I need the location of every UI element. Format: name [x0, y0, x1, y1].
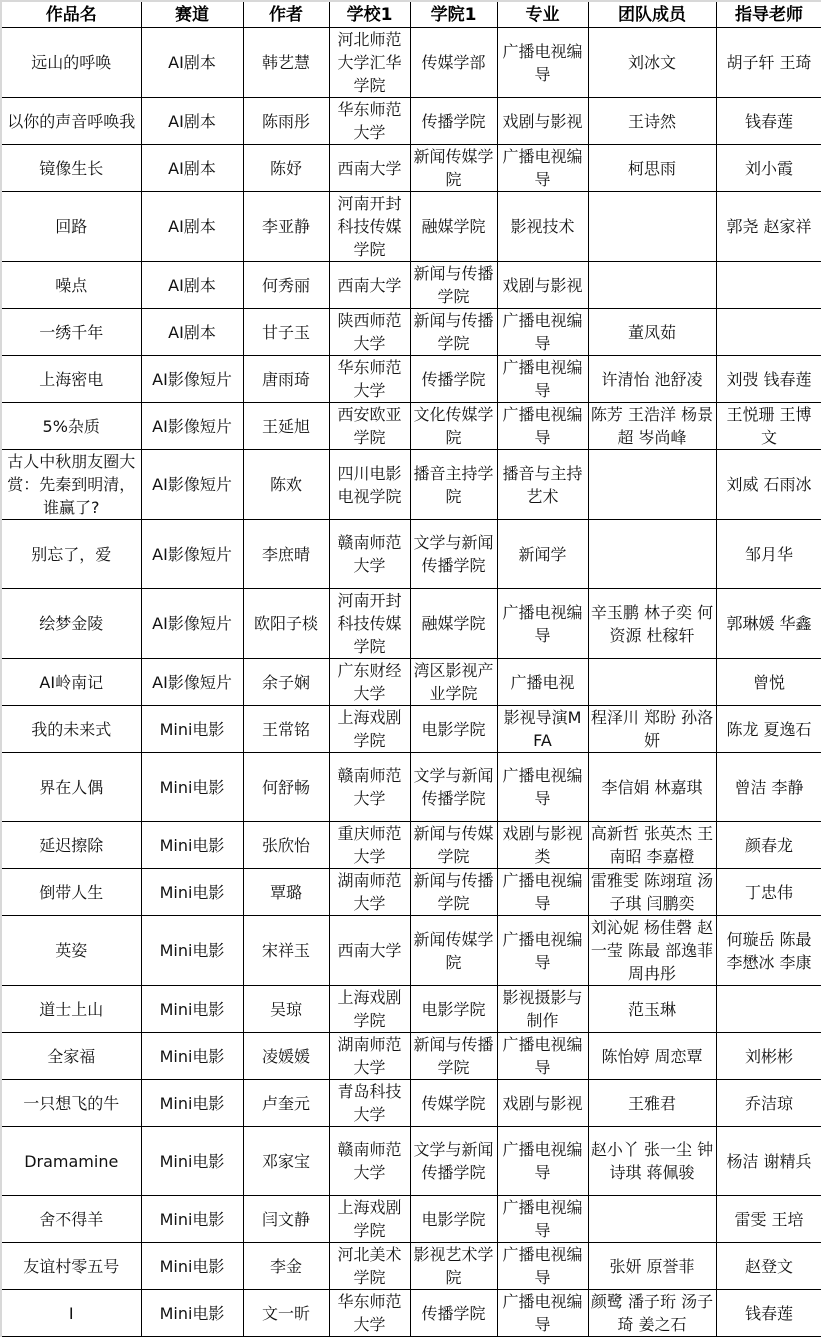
table-row: 一只想飞的牛 Mini电影 卢奎元 青岛科技大学 传媒学院 戏剧与影视 王雅君 … — [1, 1080, 821, 1127]
cell-college: 新闻与传播学院 — [410, 1033, 497, 1080]
table-row: 道士上山 Mini电影 吴琼 上海戏剧学院 电影学院 影视摄影与制作 范玉琳 — [1, 986, 821, 1033]
cell-school: 四川电影电视学院 — [329, 450, 410, 520]
cell-team: 程泽川 郑盼 孙洛妍 — [588, 706, 716, 753]
cell-major: 广播电视编导 — [497, 1196, 588, 1243]
cell-author: 邓家宝 — [243, 1127, 329, 1196]
cell-school: 青岛科技大学 — [329, 1080, 410, 1127]
table-row: Dramamine Mini电影 邓家宝 赣南师范大学 文学与新闻传播学院 广播… — [1, 1127, 821, 1196]
table-row: 5%杂质 AI影像短片 王延旭 西安欧亚学院 文化传媒学院 广播电视编导 陈芳 … — [1, 403, 821, 450]
cell-advisor: 邹月华 — [716, 520, 821, 589]
cell-school: 西南大学 — [329, 145, 410, 192]
table-row: 友谊村零五号 Mini电影 李金 河北美术学院 影视艺术学院 广播电视编导 张妍… — [1, 1243, 821, 1290]
cell-team: 高新哲 张英杰 王南昭 李嘉橙 — [588, 822, 716, 869]
cell-college: 传媒学院 — [410, 1080, 497, 1127]
cell-advisor — [716, 262, 821, 309]
cell-track: Mini电影 — [141, 1033, 243, 1080]
cell-major: 广播电视编导 — [497, 1127, 588, 1196]
cell-title: 噪点 — [1, 262, 141, 309]
cell-college: 融媒学院 — [410, 192, 497, 262]
cell-author: 闫文静 — [243, 1196, 329, 1243]
cell-advisor: 刘弢 钱春莲 — [716, 356, 821, 403]
cell-school: 河南开封科技传媒学院 — [329, 589, 410, 659]
cell-title: AI岭南记 — [1, 659, 141, 706]
cell-advisor: 郭尧 赵家祥 — [716, 192, 821, 262]
table-row: 古人中秋朋友圈大赏：先秦到明清，谁赢了? AI影像短片 陈欢 四川电影电视学院 … — [1, 450, 821, 520]
cell-author: 吴琼 — [243, 986, 329, 1033]
cell-title: 一只想飞的牛 — [1, 1080, 141, 1127]
cell-author: 陈妤 — [243, 145, 329, 192]
works-table: 作品名 赛道 作者 学校1 学院1 专业 团队成员 指导老师 远山的呼唤 AI剧… — [0, 0, 821, 1315]
cell-team: 赵小丫 张一尘 钟诗琪 蒋佩骏 — [588, 1127, 716, 1196]
cell-team: 李信娟 林嘉琪 — [588, 753, 716, 822]
cell-advisor: 王悦珊 王博文 — [716, 403, 821, 450]
cell-college: 电影学院 — [410, 706, 497, 753]
cell-title: 以你的声音呼唤我 — [1, 98, 141, 145]
cell-college: 文学与新闻传播学院 — [410, 1127, 497, 1196]
cell-major: 广播电视编导 — [497, 1290, 588, 1316]
cell-team: 范玉琳 — [588, 986, 716, 1033]
cell-title: 远山的呼唤 — [1, 28, 141, 98]
cell-track: AI剧本 — [141, 98, 243, 145]
header-row: 作品名 赛道 作者 学校1 学院1 专业 团队成员 指导老师 — [1, 1, 821, 28]
cell-advisor: 刘小霞 — [716, 145, 821, 192]
cell-major: 戏剧与影视 — [497, 1080, 588, 1127]
cell-college: 新闻传媒学院 — [410, 916, 497, 986]
table-row: 延迟擦除 Mini电影 张欣怡 重庆师范大学 新闻与传媒学院 戏剧与影视类 高新… — [1, 822, 821, 869]
table-row: 一绣千年 AI剧本 甘子玉 陕西师范大学 新闻与传播学院 广播电视编导 董凤茹 — [1, 309, 821, 356]
header-author: 作者 — [243, 1, 329, 28]
cell-track: AI影像短片 — [141, 659, 243, 706]
cell-college: 新闻与传播学院 — [410, 869, 497, 916]
cell-team: 董凤茹 — [588, 309, 716, 356]
cell-advisor: 胡子轩 王琦 — [716, 28, 821, 98]
cell-college: 文化传媒学院 — [410, 403, 497, 450]
cell-author: 张欣怡 — [243, 822, 329, 869]
cell-team: 柯思雨 — [588, 145, 716, 192]
cell-major: 影视摄影与制作 — [497, 986, 588, 1033]
cell-school: 上海戏剧学院 — [329, 706, 410, 753]
cell-author: 唐雨琦 — [243, 356, 329, 403]
cell-school: 河北师范大学汇华学院 — [329, 28, 410, 98]
cell-track: AI影像短片 — [141, 589, 243, 659]
cell-school: 上海戏剧学院 — [329, 1196, 410, 1243]
table-row: 舍不得羊 Mini电影 闫文静 上海戏剧学院 电影学院 广播电视编导 雷雯 王培 — [1, 1196, 821, 1243]
cell-author: 王常铭 — [243, 706, 329, 753]
header-track: 赛道 — [141, 1, 243, 28]
header-major: 专业 — [497, 1, 588, 28]
cell-title: 绘梦金陵 — [1, 589, 141, 659]
cell-title: 我的未来式 — [1, 706, 141, 753]
table-row: 回路 AI剧本 李亚静 河南开封科技传媒学院 融媒学院 影视技术 郭尧 赵家祥 — [1, 192, 821, 262]
cell-track: AI影像短片 — [141, 403, 243, 450]
cell-major: 戏剧与影视 — [497, 98, 588, 145]
cell-author: 韩艺慧 — [243, 28, 329, 98]
cell-college: 新闻与传媒学院 — [410, 822, 497, 869]
cell-author: 宋祥玉 — [243, 916, 329, 986]
cell-advisor: 曾悦 — [716, 659, 821, 706]
cell-major: 广播电视编导 — [497, 753, 588, 822]
cell-advisor: 钱春莲 — [716, 1290, 821, 1316]
table-row: 倒带人生 Mini电影 覃璐 湖南师范大学 新闻与传播学院 广播电视编导 雷雅雯… — [1, 869, 821, 916]
cell-advisor: 刘彬彬 — [716, 1033, 821, 1080]
cell-school: 上海戏剧学院 — [329, 986, 410, 1033]
cell-team: 王雅君 — [588, 1080, 716, 1127]
cell-major: 戏剧与影视 — [497, 262, 588, 309]
cell-author: 陈欢 — [243, 450, 329, 520]
cell-college: 文学与新闻传播学院 — [410, 520, 497, 589]
cell-team: 张妍 原誉菲 — [588, 1243, 716, 1290]
header-school: 学校1 — [329, 1, 410, 28]
cell-author: 王延旭 — [243, 403, 329, 450]
cell-major: 广播电视编导 — [497, 309, 588, 356]
cell-title: 英姿 — [1, 916, 141, 986]
cell-team: 刘沁妮 杨佳磬 赵一莹 陈最 部逸菲 周冉彤 — [588, 916, 716, 986]
cell-track: Mini电影 — [141, 869, 243, 916]
cell-school: 河北美术学院 — [329, 1243, 410, 1290]
cell-major: 广播电视编导 — [497, 1243, 588, 1290]
cell-title: 延迟擦除 — [1, 822, 141, 869]
cell-team — [588, 520, 716, 589]
cell-college: 传播学院 — [410, 356, 497, 403]
table-row: 绘梦金陵 AI影像短片 欧阳子棪 河南开封科技传媒学院 融媒学院 广播电视编导 … — [1, 589, 821, 659]
cell-major: 广播电视编导 — [497, 869, 588, 916]
cell-author: 覃璐 — [243, 869, 329, 916]
cell-team — [588, 450, 716, 520]
cell-track: AI影像短片 — [141, 450, 243, 520]
header-college: 学院1 — [410, 1, 497, 28]
cell-school: 湖南师范大学 — [329, 869, 410, 916]
cell-college: 传媒学部 — [410, 28, 497, 98]
cell-team: 许清怡 池舒凌 — [588, 356, 716, 403]
cell-author: 李庶晴 — [243, 520, 329, 589]
cell-advisor: 乔洁琼 — [716, 1080, 821, 1127]
cell-major: 广播电视编导 — [497, 403, 588, 450]
table-row: 远山的呼唤 AI剧本 韩艺慧 河北师范大学汇华学院 传媒学部 广播电视编导 刘冰… — [1, 28, 821, 98]
cell-author: 文一昕 — [243, 1290, 329, 1316]
cell-advisor: 郭琳媛 华鑫 — [716, 589, 821, 659]
cell-title: 一绣千年 — [1, 309, 141, 356]
cell-school: 赣南师范大学 — [329, 753, 410, 822]
table-row: 英姿 Mini电影 宋祥玉 西南大学 新闻传媒学院 广播电视编导 刘沁妮 杨佳磬… — [1, 916, 821, 986]
cell-track: AI剧本 — [141, 145, 243, 192]
cell-college: 电影学院 — [410, 986, 497, 1033]
table-row: 以你的声音呼唤我 AI剧本 陈雨彤 华东师范大学 传播学院 戏剧与影视 王诗然 … — [1, 98, 821, 145]
cell-major: 广播电视编导 — [497, 916, 588, 986]
cell-advisor: 陈龙 夏逸石 — [716, 706, 821, 753]
cell-major: 新闻学 — [497, 520, 588, 589]
cell-school: 重庆师范大学 — [329, 822, 410, 869]
header-title: 作品名 — [1, 1, 141, 28]
cell-college: 新闻与传播学院 — [410, 309, 497, 356]
cell-major: 影视技术 — [497, 192, 588, 262]
cell-track: AI剧本 — [141, 28, 243, 98]
cell-school: 华东师范大学 — [329, 356, 410, 403]
cell-college: 文学与新闻传播学院 — [410, 753, 497, 822]
cell-advisor — [716, 986, 821, 1033]
cell-advisor: 雷雯 王培 — [716, 1196, 821, 1243]
cell-college: 新闻传媒学院 — [410, 145, 497, 192]
cell-major: 播音与主持艺术 — [497, 450, 588, 520]
cell-track: Mini电影 — [141, 706, 243, 753]
cell-major: 影视导演MFA — [497, 706, 588, 753]
table-row: 全家福 Mini电影 凌媛媛 湖南师范大学 新闻与传播学院 广播电视编导 陈怡婷… — [1, 1033, 821, 1080]
cell-track: Mini电影 — [141, 1243, 243, 1290]
cell-team: 陈芳 王浩洋 杨景超 岑尚峰 — [588, 403, 716, 450]
cell-major: 广播电视编导 — [497, 356, 588, 403]
cell-title: 道士上山 — [1, 986, 141, 1033]
cell-title: 镜像生长 — [1, 145, 141, 192]
cell-author: 李金 — [243, 1243, 329, 1290]
cell-college: 播音主持学院 — [410, 450, 497, 520]
cell-title: 全家福 — [1, 1033, 141, 1080]
cell-title: 上海密电 — [1, 356, 141, 403]
cell-track: Mini电影 — [141, 986, 243, 1033]
cell-major: 广播电视编导 — [497, 145, 588, 192]
cell-team: 雷雅雯 陈翊瑄 汤子琪 闫鹏奕 — [588, 869, 716, 916]
table-row: 别忘了，爱 AI影像短片 李庶晴 赣南师范大学 文学与新闻传播学院 新闻学 邹月… — [1, 520, 821, 589]
cell-college: 电影学院 — [410, 1196, 497, 1243]
cell-team: 王诗然 — [588, 98, 716, 145]
cell-team — [588, 659, 716, 706]
cell-school: 华东师范大学 — [329, 98, 410, 145]
cell-school: 陕西师范大学 — [329, 309, 410, 356]
cell-title: I — [1, 1290, 141, 1316]
cell-track: Mini电影 — [141, 753, 243, 822]
cell-team: 刘冰文 — [588, 28, 716, 98]
cell-advisor — [716, 309, 821, 356]
cell-major: 广播电视编导 — [497, 28, 588, 98]
table-row: 上海密电 AI影像短片 唐雨琦 华东师范大学 传播学院 广播电视编导 许清怡 池… — [1, 356, 821, 403]
cell-team: 陈怡婷 周恋覃 — [588, 1033, 716, 1080]
cell-author: 凌媛媛 — [243, 1033, 329, 1080]
cell-advisor: 杨洁 谢精兵 — [716, 1127, 821, 1196]
cell-track: AI影像短片 — [141, 356, 243, 403]
cell-school: 华东师范大学 — [329, 1290, 410, 1316]
cell-team — [588, 1196, 716, 1243]
cell-school: 赣南师范大学 — [329, 1127, 410, 1196]
cell-school: 西安欧亚学院 — [329, 403, 410, 450]
cell-college: 湾区影视产业学院 — [410, 659, 497, 706]
cell-major: 戏剧与影视类 — [497, 822, 588, 869]
cell-advisor: 赵登文 — [716, 1243, 821, 1290]
cell-college: 传播学院 — [410, 1290, 497, 1316]
header-team: 团队成员 — [588, 1, 716, 28]
header-advisor: 指导老师 — [716, 1, 821, 28]
cell-major: 广播电视编导 — [497, 589, 588, 659]
cell-team — [588, 192, 716, 262]
cell-title: 友谊村零五号 — [1, 1243, 141, 1290]
cell-track: Mini电影 — [141, 1080, 243, 1127]
cell-title: Dramamine — [1, 1127, 141, 1196]
cell-title: 舍不得羊 — [1, 1196, 141, 1243]
cell-college: 影视艺术学院 — [410, 1243, 497, 1290]
cell-advisor: 曾洁 李静 — [716, 753, 821, 822]
cell-major: 广播电视编导 — [497, 1033, 588, 1080]
cell-title: 古人中秋朋友圈大赏：先秦到明清，谁赢了? — [1, 450, 141, 520]
cell-college: 新闻与传播学院 — [410, 262, 497, 309]
cell-advisor: 何璇岳 陈最 李懋冰 李康 — [716, 916, 821, 986]
table-row: 镜像生长 AI剧本 陈妤 西南大学 新闻传媒学院 广播电视编导 柯思雨 刘小霞 — [1, 145, 821, 192]
cell-team: 辛玉鹏 林子奕 何资源 杜稼轩 — [588, 589, 716, 659]
cell-advisor: 丁忠伟 — [716, 869, 821, 916]
cell-team: 颜鹭 潘子珩 汤子琦 姜之石 — [588, 1290, 716, 1316]
cell-school: 湖南师范大学 — [329, 1033, 410, 1080]
cell-team — [588, 262, 716, 309]
cell-track: Mini电影 — [141, 1196, 243, 1243]
cell-track: Mini电影 — [141, 822, 243, 869]
cell-title: 5%杂质 — [1, 403, 141, 450]
cell-title: 回路 — [1, 192, 141, 262]
cell-major: 广播电视 — [497, 659, 588, 706]
cell-school: 广东财经大学 — [329, 659, 410, 706]
cell-author: 陈雨彤 — [243, 98, 329, 145]
cell-author: 甘子玉 — [243, 309, 329, 356]
cell-author: 卢奎元 — [243, 1080, 329, 1127]
table-row: 噪点 AI剧本 何秀丽 西南大学 新闻与传播学院 戏剧与影视 — [1, 262, 821, 309]
cell-author: 欧阳子棪 — [243, 589, 329, 659]
table-row: 我的未来式 Mini电影 王常铭 上海戏剧学院 电影学院 影视导演MFA 程泽川… — [1, 706, 821, 753]
cell-track: AI剧本 — [141, 192, 243, 262]
cell-track: AI剧本 — [141, 262, 243, 309]
cell-track: AI剧本 — [141, 309, 243, 356]
cell-school: 西南大学 — [329, 916, 410, 986]
cell-author: 李亚静 — [243, 192, 329, 262]
cell-track: Mini电影 — [141, 1290, 243, 1316]
cell-author: 何秀丽 — [243, 262, 329, 309]
cell-college: 融媒学院 — [410, 589, 497, 659]
cell-title: 别忘了，爱 — [1, 520, 141, 589]
cell-track: Mini电影 — [141, 1127, 243, 1196]
cell-school: 西南大学 — [329, 262, 410, 309]
cell-advisor: 刘威 石雨冰 — [716, 450, 821, 520]
cell-author: 何舒畅 — [243, 753, 329, 822]
cell-school: 河南开封科技传媒学院 — [329, 192, 410, 262]
cell-track: Mini电影 — [141, 916, 243, 986]
cell-title: 倒带人生 — [1, 869, 141, 916]
cell-school: 赣南师范大学 — [329, 520, 410, 589]
table-row: AI岭南记 AI影像短片 余子娴 广东财经大学 湾区影视产业学院 广播电视 曾悦 — [1, 659, 821, 706]
cell-advisor: 钱春莲 — [716, 98, 821, 145]
cell-title: 界在人偶 — [1, 753, 141, 822]
cell-author: 余子娴 — [243, 659, 329, 706]
cell-track: AI影像短片 — [141, 520, 243, 589]
cell-college: 传播学院 — [410, 98, 497, 145]
table-row: 界在人偶 Mini电影 何舒畅 赣南师范大学 文学与新闻传播学院 广播电视编导 … — [1, 753, 821, 822]
table-row: I Mini电影 文一昕 华东师范大学 传播学院 广播电视编导 颜鹭 潘子珩 汤… — [1, 1290, 821, 1316]
cell-advisor: 颜春龙 — [716, 822, 821, 869]
